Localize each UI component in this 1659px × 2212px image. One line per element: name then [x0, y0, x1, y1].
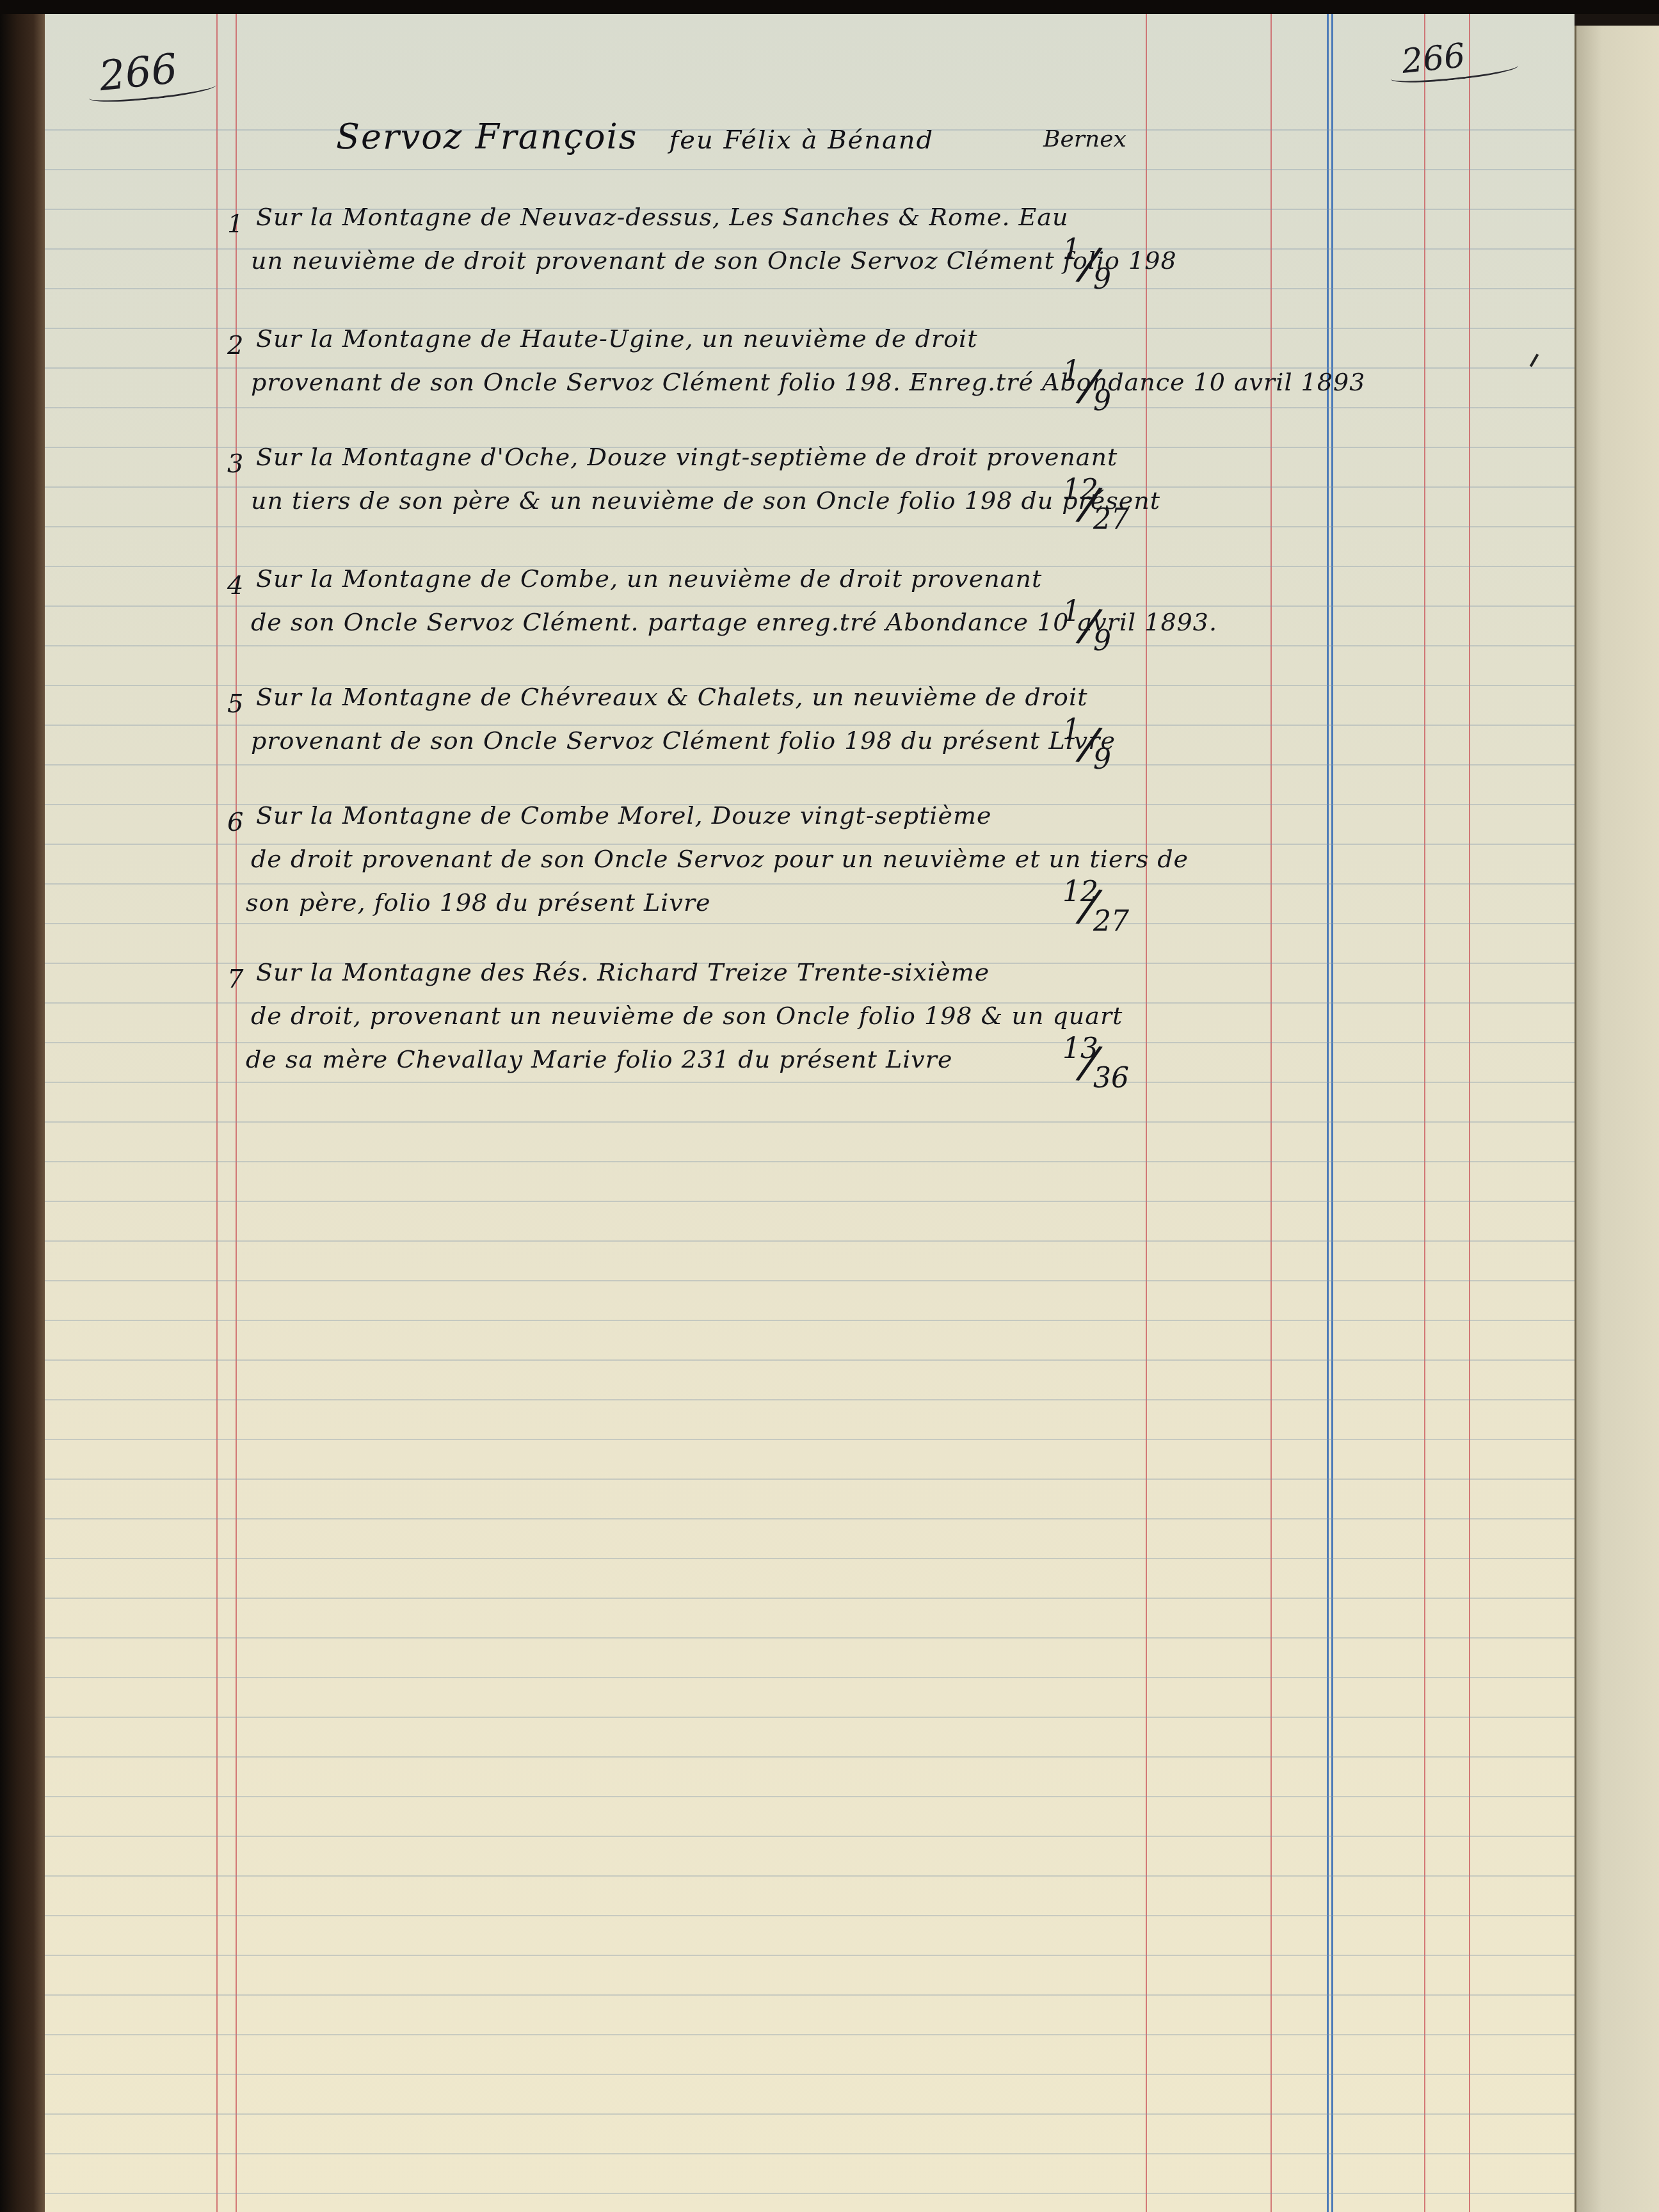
fraction-denominator: 9: [1093, 385, 1111, 417]
owner-qualifier: feu Félix à Bénand: [669, 125, 934, 155]
fraction-denominator: 36: [1093, 1062, 1129, 1094]
entry-text-line: un tiers de son père & un neuvième de so…: [251, 486, 1160, 515]
fraction-denominator: 27: [1093, 503, 1129, 536]
ruled-line: [45, 1915, 1575, 1916]
ruled-line: [45, 169, 1575, 170]
ruled-line: [45, 1479, 1575, 1480]
ruled-line: [45, 605, 1575, 607]
ruled-line: [45, 1875, 1575, 1877]
blue-double-rule-a: [1327, 14, 1329, 2212]
ruled-line: [45, 725, 1575, 726]
ruled-line: [45, 1677, 1575, 1678]
ruled-line: [45, 526, 1575, 527]
ruled-line: [45, 2113, 1575, 2115]
ruled-line: [45, 1161, 1575, 1162]
entry-text-line: Sur la Montagne de Chévreaux & Chalets, …: [256, 683, 1087, 711]
ruled-line: [45, 407, 1575, 408]
ruled-line: [45, 1598, 1575, 1599]
ruled-line: [45, 1280, 1575, 1281]
ruled-line: [45, 1994, 1575, 1996]
ruled-line: [45, 883, 1575, 885]
entry-text-line: Sur la Montagne de Neuvaz-dessus, Les Sa…: [256, 203, 1068, 231]
entry-number: 1: [227, 209, 243, 239]
owner-heading: Servoz François feu Félix à Bénand: [336, 116, 934, 157]
entry-text-line: Sur la Montagne des Rés. Richard Treize …: [256, 958, 990, 986]
entry-text-line: de droit, provenant un neuvième de son O…: [251, 1002, 1123, 1030]
entry-text-line: Sur la Montagne de Haute-Ugine, un neuvi…: [256, 325, 977, 353]
adjacent-page-edge: [1575, 26, 1659, 2212]
entry-text-line: son père, folio 198 du présent Livre: [246, 888, 711, 917]
ruled-line: [45, 2034, 1575, 2035]
fraction-numerator: 1: [1062, 714, 1080, 746]
ruled-line: [45, 1399, 1575, 1400]
fraction-numerator: 1: [1062, 595, 1080, 628]
column-rule: [1270, 14, 1272, 2212]
entry-text-line: de droit provenant de son Oncle Servoz p…: [251, 845, 1189, 873]
ruled-line: [45, 1439, 1575, 1440]
ruled-line: [45, 764, 1575, 765]
ruled-line: [45, 1955, 1575, 1956]
fraction-denominator: 27: [1093, 905, 1129, 938]
ruled-line: [45, 2074, 1575, 2075]
entry-number: 6: [227, 808, 243, 837]
entry-number: 3: [227, 449, 243, 479]
book-binding: [0, 0, 45, 2212]
entry-text-line: Sur la Montagne de Combe Morel, Douze vi…: [256, 801, 991, 829]
blue-double-rule-b: [1331, 14, 1333, 2212]
ledger-page: 266 266 Servoz François feu Félix à Béna…: [45, 14, 1575, 2212]
entry-text-line: provenant de son Oncle Servoz Clément fo…: [251, 368, 1365, 396]
entry-text-line: un neuvième de droit provenant de son On…: [251, 246, 1177, 275]
fraction-numerator: 1: [1062, 234, 1080, 266]
ruled-line: [45, 1359, 1575, 1361]
ruled-line: [45, 2193, 1575, 2194]
ruled-line: [45, 1320, 1575, 1321]
ruled-line: [45, 1042, 1575, 1043]
commune-note: Bernex: [1043, 126, 1126, 152]
ruled-line: [45, 1121, 1575, 1123]
entry-text-line: Sur la Montagne de Combe, un neuvième de…: [256, 565, 1042, 593]
ruled-line: [45, 923, 1575, 924]
fraction-denominator: 9: [1093, 743, 1111, 776]
ruled-line: [45, 1240, 1575, 1242]
fraction-denominator: 9: [1093, 625, 1111, 657]
ruled-line: [45, 1201, 1575, 1202]
entry-number: 7: [227, 965, 243, 994]
ruled-line: [45, 645, 1575, 646]
left-margin-rule-outer: [216, 14, 218, 2212]
right-column-rule-a: [1424, 14, 1425, 2212]
ruled-line: [45, 288, 1575, 289]
ruled-line: [45, 1637, 1575, 1639]
ruled-line: [45, 1518, 1575, 1519]
ruled-line: [45, 1756, 1575, 1758]
ruled-line: [45, 1082, 1575, 1083]
entry-number: 4: [227, 571, 243, 600]
ruled-line: [45, 2153, 1575, 2154]
entry-text-line: provenant de son Oncle Servoz Clément fo…: [251, 726, 1116, 755]
amount-column-rule: [1146, 14, 1147, 2212]
entry-number: 2: [227, 331, 243, 360]
fraction-denominator: 9: [1093, 263, 1111, 296]
top-shadow: [0, 0, 1659, 14]
ruled-line: [45, 1796, 1575, 1797]
right-column-rule-b: [1469, 14, 1470, 2212]
entry-text-line: Sur la Montagne d'Oche, Douze vingt-sept…: [256, 443, 1118, 471]
ruled-line: [45, 1558, 1575, 1559]
ink-mark: [1530, 353, 1539, 367]
ruled-line: [45, 1717, 1575, 1718]
entry-number: 5: [227, 689, 243, 719]
fraction-numerator: 1: [1062, 355, 1080, 388]
owner-name: Servoz François: [336, 116, 637, 157]
folio-number-left: 266: [97, 45, 179, 100]
ruled-line: [45, 1836, 1575, 1837]
folio-number-right: 266: [1400, 36, 1467, 81]
entry-text-line: de sa mère Chevallay Marie folio 231 du …: [246, 1045, 953, 1073]
